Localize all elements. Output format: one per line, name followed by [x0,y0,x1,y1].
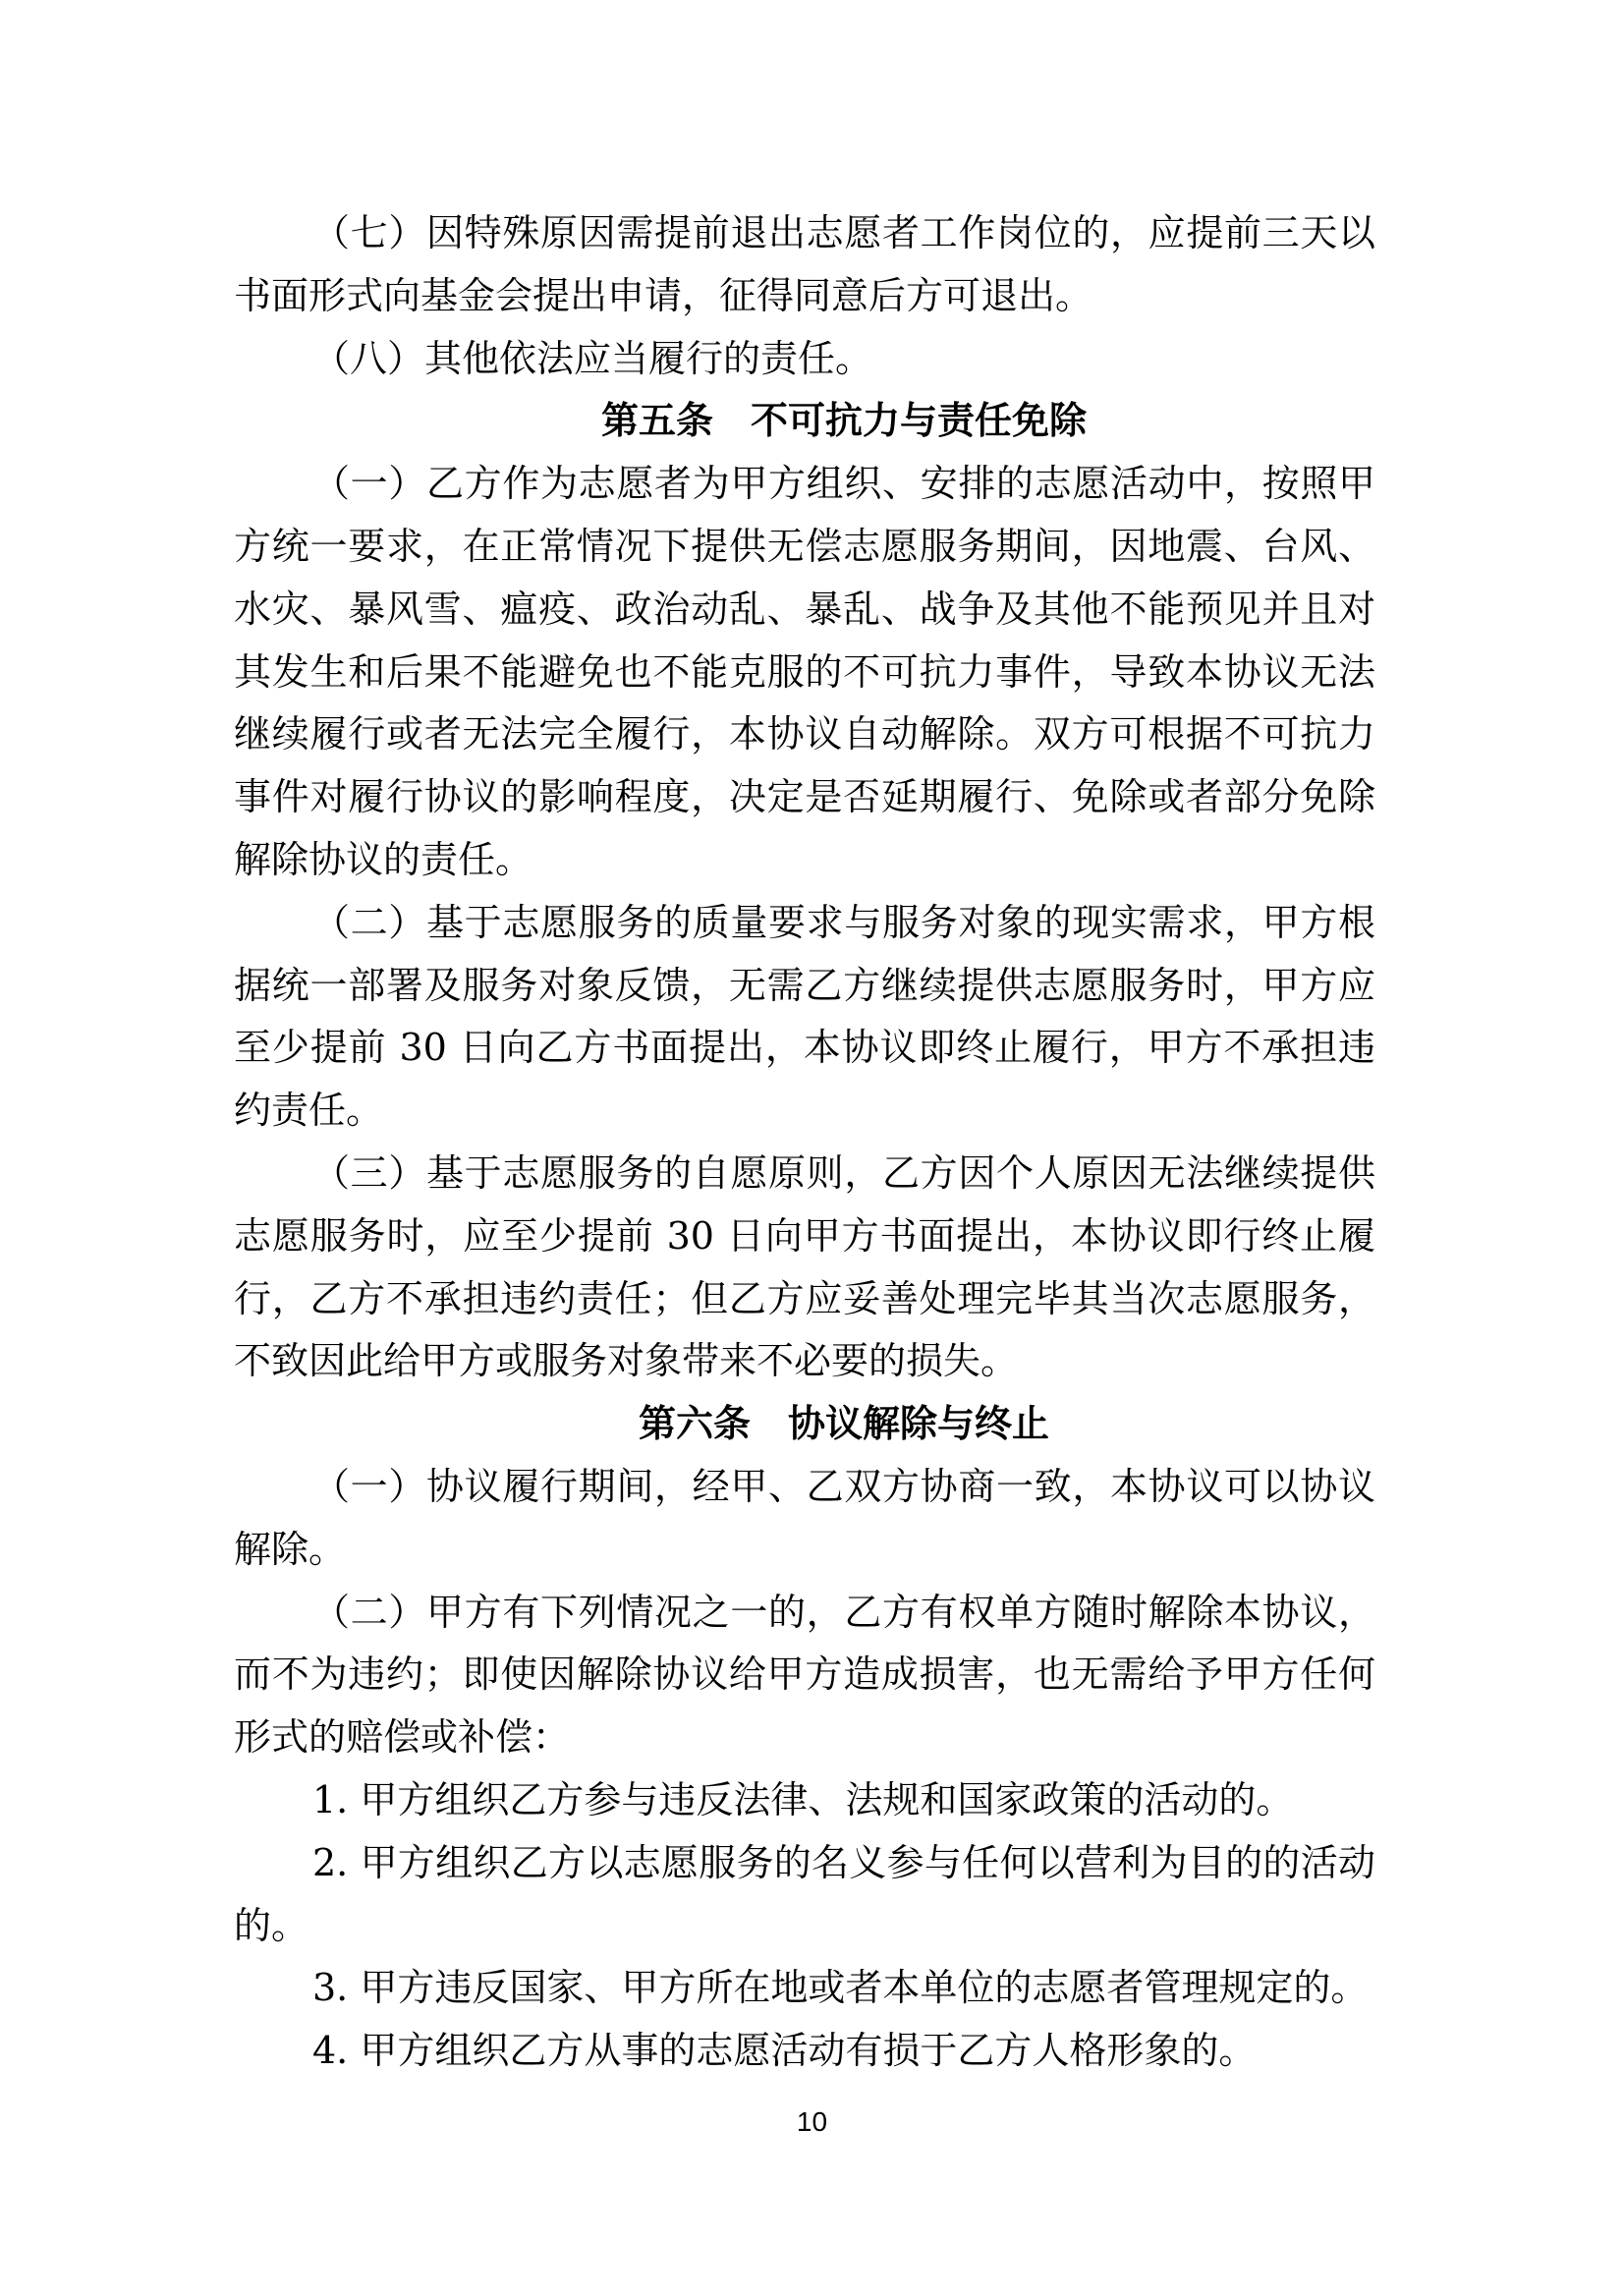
list-item-3: 3. 甲方违反国家、甲方所在地或者本单位的志愿者管理规定的。 [234,1957,1375,2020]
text-line: 不致因此给甲方或服务对象带来不必要的损失。 [234,1330,1375,1393]
text-line: 至少提前 30 日向乙方书面提出，本协议即终止履行，甲方不承担违 [234,1017,1375,1080]
text-line: 书面形式向基金会提出申请，征得同意后方可退出。 [234,265,1375,328]
text-line: 约责任。 [234,1080,1375,1143]
text-line: 水灾、暴风雪、瘟疫、政治动乱、暴乱、战争及其他不能预见并且对 [234,579,1375,642]
text-line: 的。 [234,1895,1375,1958]
section-heading-article-5: 第五条 不可抗力与责任免除 [234,390,1375,453]
list-item-4: 4. 甲方组织乙方从事的志愿活动有损于乙方人格形象的。 [234,2020,1375,2083]
text-line: （八）其他依法应当履行的责任。 [234,328,1375,391]
text-line: 据统一部署及服务对象反馈，无需乙方继续提供志愿服务时，甲方应 [234,955,1375,1018]
text-line: 解除协议的责任。 [234,829,1375,892]
text-line: （二）基于志愿服务的质量要求与服务对象的现实需求，甲方根 [234,892,1375,955]
text-line: 而不为违约；即使因解除协议给甲方造成损害，也无需给予甲方任何 [234,1644,1375,1707]
text-line: 形式的赔偿或补偿： [234,1707,1375,1769]
list-item-2: 2. 甲方组织乙方以志愿服务的名义参与任何以营利为目的的活动 [234,1832,1375,1895]
text-line: （二）甲方有下列情况之一的，乙方有权单方随时解除本协议， [234,1582,1375,1645]
page-number: 10 [0,2102,1624,2142]
text-line: 继续履行或者无法完全履行，本协议自动解除。双方可根据不可抗力 [234,703,1375,766]
list-item-1: 1. 甲方组织乙方参与违反法律、法规和国家政策的活动的。 [234,1769,1375,1832]
document-page: （七）因特殊原因需提前退出志愿者工作岗位的，应提前三天以 书面形式向基金会提出申… [234,202,1375,2083]
text-line: 行，乙方不承担违约责任；但乙方应妥善处理完毕其当次志愿服务， [234,1268,1375,1331]
text-line: 解除。 [234,1519,1375,1582]
text-line: （一）协议履行期间，经甲、乙双方协商一致，本协议可以协议 [234,1456,1375,1519]
text-line: 方统一要求，在正常情况下提供无偿志愿服务期间，因地震、台风、 [234,516,1375,579]
text-line: （一）乙方作为志愿者为甲方组织、安排的志愿活动中，按照甲 [234,453,1375,516]
text-line: （七）因特殊原因需提前退出志愿者工作岗位的，应提前三天以 [234,202,1375,265]
text-line: （三）基于志愿服务的自愿原则，乙方因个人原因无法继续提供 [234,1143,1375,1205]
text-line: 志愿服务时，应至少提前 30 日向甲方书面提出，本协议即行终止履 [234,1205,1375,1268]
text-line: 其发生和后果不能避免也不能克服的不可抗力事件，导致本协议无法 [234,642,1375,704]
text-line: 事件对履行协议的影响程度，决定是否延期履行、免除或者部分免除 [234,766,1375,829]
section-heading-article-6: 第六条 协议解除与终止 [234,1393,1375,1456]
